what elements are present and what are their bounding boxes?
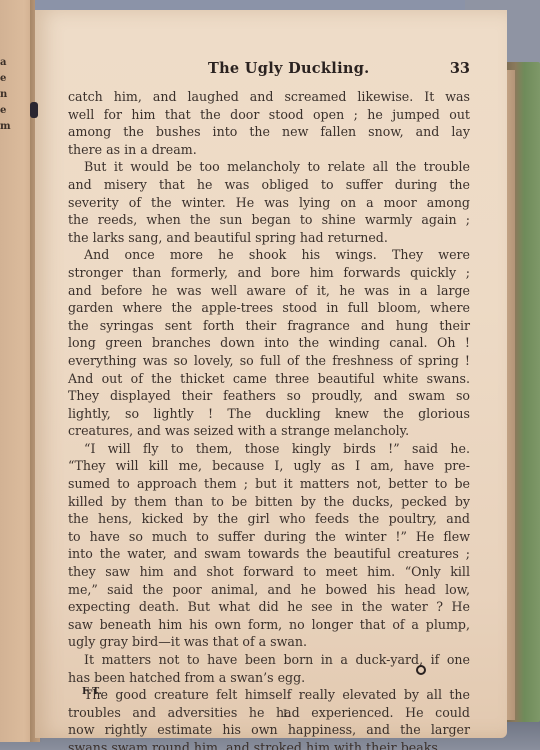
text-line: the hens, kicked by the girl who feeds t… (68, 510, 470, 528)
text-line: now rightly estimate his own happiness, … (68, 721, 470, 739)
text-line: and misery that he was obliged to suffer… (68, 176, 470, 194)
left-page-letter: e (0, 103, 10, 119)
text-line: And out of the thicket came three beauti… (68, 370, 470, 388)
text-line: the larks sang, and beautiful spring had… (68, 229, 470, 247)
text-line: sumed to approach them ; but it matters … (68, 475, 470, 493)
text-line: troubles and adversities he had experien… (68, 704, 470, 722)
text-line: stronger than formerly, and bore him for… (68, 264, 470, 282)
signature-mark: F.T. (82, 686, 102, 697)
signature-letter: L (283, 709, 290, 720)
text-line: everything was so lovely, so full of the… (68, 352, 470, 370)
text-line: saw beneath him his own form, no longer … (68, 616, 470, 634)
left-page-text-fragment: aenem (0, 55, 10, 135)
text-line: swans swam round him, and stroked him wi… (68, 739, 470, 750)
text-line: long green branches down into the windin… (68, 334, 470, 352)
left-page-letter: a (0, 55, 10, 71)
text-line: garden where the apple-trees stood in fu… (68, 299, 470, 317)
text-line: the reeds, when the sun began to shine w… (68, 211, 470, 229)
text-line: and before he was well aware of it, he w… (68, 282, 470, 300)
ornament-circle-icon (416, 665, 426, 675)
text-line: They displayed their feathers so proudly… (68, 387, 470, 405)
text-line: “They will kill me, because I, ugly as I… (68, 457, 470, 475)
text-line: me,” said the poor animal, and he bowed … (68, 581, 470, 599)
body-text: catch him, and laughed and screamed like… (68, 88, 470, 750)
text-line: they saw him and shot forward to meet hi… (68, 563, 470, 581)
text-line: creatures, and was seized with a strange… (68, 422, 470, 440)
text-line: lightly, so lightly ! The duckling knew … (68, 405, 470, 423)
running-title: The Ugly Duckling. (208, 60, 370, 77)
text-line: there as in a dream. (68, 141, 470, 159)
text-line: And once more he shook his wings. They w… (68, 246, 470, 264)
text-line: has been hatched from a swan’s egg. (68, 669, 470, 687)
bookmark-clip (30, 102, 38, 118)
page-content: The Ugly Duckling. 33 catch him, and lau… (68, 60, 470, 750)
text-line: expecting death. But what did he see in … (68, 598, 470, 616)
text-line: But it would be too melancholy to relate… (68, 158, 470, 176)
text-line: into the water, and swam towards the bea… (68, 545, 470, 563)
text-line: The good creature felt himself really el… (68, 686, 470, 704)
text-line: to have so much to suffer during the win… (68, 528, 470, 546)
text-line: It matters not to have been born in a du… (68, 651, 470, 669)
text-line: among the bushes into the new fallen sno… (68, 123, 470, 141)
page-number: 33 (450, 60, 470, 77)
left-page-letter: n (0, 87, 10, 103)
text-line: the syringas sent forth their fragrance … (68, 317, 470, 335)
text-line: “I will fly to them, those kingly birds … (68, 440, 470, 458)
text-line: catch him, and laughed and screamed like… (68, 88, 470, 106)
left-page-letter: m (0, 119, 10, 135)
left-page-letter: e (0, 71, 10, 87)
text-line: severity of the winter. He was lying on … (68, 194, 470, 212)
running-head: The Ugly Duckling. 33 (68, 60, 470, 84)
text-line: killed by them than to be bitten by the … (68, 493, 470, 511)
text-line: ugly gray bird—it was that of a swan. (68, 633, 470, 651)
text-line: well for him that the door stood open ; … (68, 106, 470, 124)
